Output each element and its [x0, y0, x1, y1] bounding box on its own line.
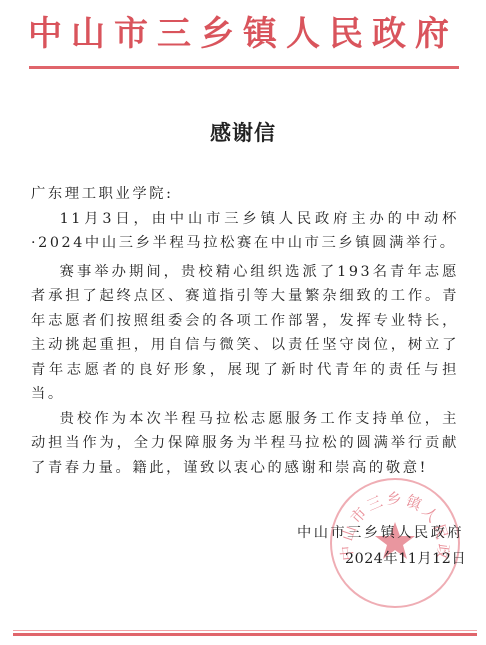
letter-body: 广东理工职业学院: 11月3日，由中山市三乡镇人民政府主办的中动杯·2024中山… — [31, 182, 459, 480]
letter-title: 感谢信 — [0, 117, 486, 147]
footer-rule-thick — [13, 633, 477, 636]
salutation: 广东理工职业学院: — [31, 182, 459, 207]
signature-org: 中山市三乡镇人民政府 — [297, 520, 464, 546]
paragraph-1: 11月3日，由中山市三乡镇人民政府主办的中动杯·2024中山三乡半程马拉松赛在中… — [31, 207, 459, 256]
paragraph-3: 贵校作为本次半程马拉松志愿服务工作支持单位，主动担当作为，全力保障服务为半程马拉… — [31, 407, 459, 481]
letterhead-title: 中山市三乡镇人民政府 — [0, 12, 486, 56]
footer-rule-thin — [13, 630, 477, 631]
signature-date: 2024年11月12日 — [345, 546, 466, 572]
paragraph-2: 赛事举办期间，贵校精心组织选派了193名青年志愿者承担了起终点区、赛道指引等大量… — [31, 260, 459, 407]
letterhead-rule — [29, 66, 459, 69]
